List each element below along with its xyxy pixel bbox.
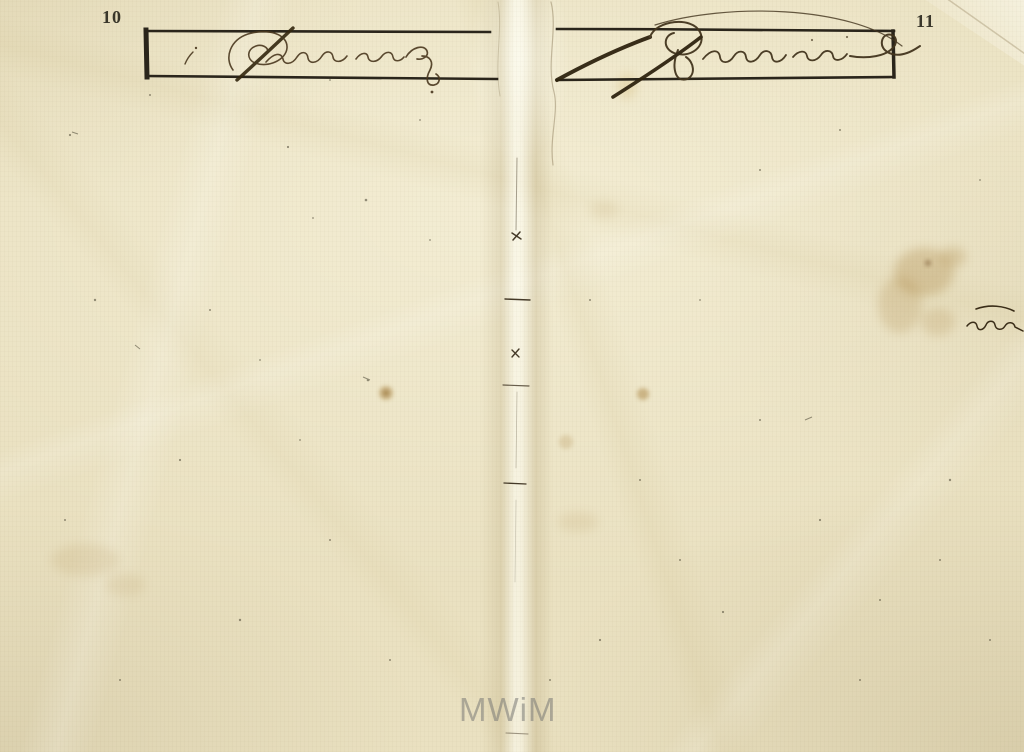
- left-signature-handwriting: [185, 28, 439, 93]
- fold-top-highlight: [458, 0, 582, 195]
- stain-marks: [51, 73, 966, 596]
- ink-artwork-overlay: [0, 0, 1024, 752]
- margin-ink-squiggle: [967, 306, 1023, 331]
- scanned-document-spread: 10 11: [0, 0, 1024, 752]
- archive-watermark: MWiM: [459, 691, 556, 729]
- page-number-right: 11: [916, 11, 935, 32]
- page-number-left: 10: [102, 7, 122, 28]
- paper-crumple-layer: [0, 0, 1024, 752]
- right-signature-handwriting: [557, 11, 920, 97]
- paper-speckles: [64, 79, 991, 681]
- paper-shading-layer: [0, 0, 1024, 752]
- signature-box-border: [146, 29, 894, 80]
- paper-grain-texture: [0, 0, 1024, 752]
- crease-lines: [498, 0, 1024, 165]
- center-fold-crease: [481, 0, 553, 752]
- binding-stitches: [503, 158, 530, 734]
